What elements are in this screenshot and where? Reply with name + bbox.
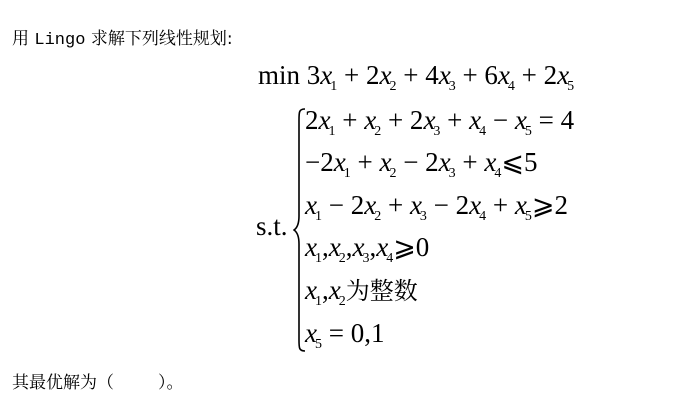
sign: + bbox=[403, 60, 418, 90]
coef: 2 bbox=[544, 60, 558, 90]
question-prefix: 其最优解为（ bbox=[12, 373, 114, 393]
subscript: 5 bbox=[567, 79, 574, 94]
constraint-2: −2x1 + x2 − 2x3 + x4⩽5 bbox=[305, 149, 538, 181]
subscript: 3 bbox=[449, 79, 456, 94]
objective-function: min 3x1 + 2x2 + 4x3 + 6x4 + 2x5 bbox=[258, 62, 574, 94]
sign: + bbox=[522, 60, 537, 90]
subject-to-label: s.t. bbox=[256, 213, 288, 240]
left-brace-icon bbox=[293, 108, 307, 352]
integer-label: 为整数 bbox=[346, 277, 418, 305]
constraint-nonnegativity: x1,x2,x3,x4⩾0 bbox=[305, 234, 429, 266]
constraint-1: 2x1 + x2 + 2x3 + x4 − x5 = 4 bbox=[305, 107, 574, 139]
question-text: 其最优解为（）。 bbox=[12, 368, 184, 393]
intro-suffix: 求解下列线性规划: bbox=[85, 29, 232, 49]
binary-values: 0,1 bbox=[351, 318, 385, 348]
subscript: 1 bbox=[330, 79, 337, 94]
coef: 6 bbox=[484, 60, 498, 90]
question-suffix: ）。 bbox=[158, 373, 184, 393]
min-keyword: min bbox=[258, 60, 300, 90]
tool-name: Lingo bbox=[34, 31, 85, 50]
sign: + bbox=[462, 60, 477, 90]
constraint-binary: x5 = 0,1 bbox=[305, 320, 384, 352]
subscript: 2 bbox=[389, 79, 396, 94]
subscript: 4 bbox=[508, 79, 515, 94]
coef: 2 bbox=[366, 60, 380, 90]
coef: 4 bbox=[425, 60, 439, 90]
constraint-integer: x1,x2为整数 bbox=[305, 277, 418, 309]
intro-prefix: 用 bbox=[12, 29, 34, 49]
intro-text: 用 Lingo 求解下列线性规划: bbox=[12, 24, 233, 50]
sign: + bbox=[344, 60, 359, 90]
coef: 3 bbox=[307, 60, 321, 90]
constraint-3: x1 − 2x2 + x3 − 2x4 + x5⩾2 bbox=[305, 192, 568, 224]
